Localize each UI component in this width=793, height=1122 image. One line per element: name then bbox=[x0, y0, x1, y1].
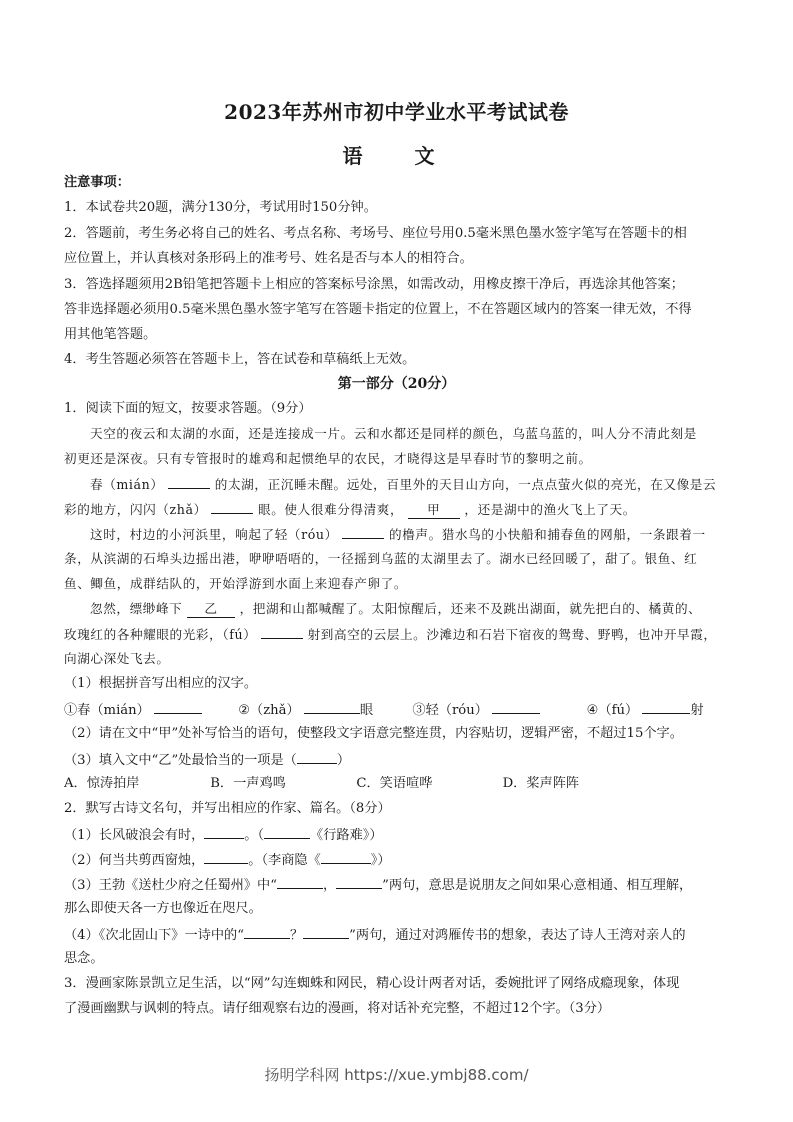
passage-line: 鱼、鲫鱼，成群结队的，开始浮游到水面上来迎春产卵了。 bbox=[64, 576, 734, 592]
question-2-prompt: 2．默写古诗文名句，并写出相应的作家、篇名。（8分） bbox=[64, 801, 734, 817]
recitation-1: （1）长风破浪会有时，。（《行路难》） bbox=[64, 826, 734, 844]
passage-text: 彩的地方，闪闪（zhǎ） bbox=[64, 502, 207, 517]
passage-text: 春（mián） bbox=[90, 477, 164, 492]
blank-jia[interactable]: 甲 bbox=[408, 502, 460, 519]
subquestion-3: （3）填入文中“乙”处最恰当的一项是（） bbox=[64, 751, 734, 769]
question-1-prompt: 1．阅读下面的短文，按要求答题。（9分） bbox=[64, 401, 734, 417]
passage-line: 忽然，缥缈峰下 乙 ，把湖和山都喊醒了。太阳惊醒后，还来不及跳出湖面，就先把白的… bbox=[64, 601, 734, 618]
recitation-3-cont: 那么即使天各一方也像近在咫尺。 bbox=[64, 901, 734, 917]
passage-text: 射到高空的云层上。沙滩边和石岩下宿夜的鸳鸯、野鸭，也冲开早霞， bbox=[308, 627, 717, 642]
answer-blank[interactable] bbox=[642, 701, 690, 714]
passage-line: 彩的地方，闪闪（zhǎ） 眼。使人很难分得清爽， 甲 ，还是湖中的渔火飞上了天。 bbox=[64, 501, 734, 519]
pinyin-item: ①春（mián） bbox=[64, 701, 234, 719]
answer-blank[interactable] bbox=[264, 826, 310, 839]
recitation-4-cont: 思念。 bbox=[64, 951, 734, 967]
option-a[interactable]: A．惊涛拍岸 bbox=[64, 776, 206, 792]
option-b[interactable]: B．一声鸡鸣 bbox=[210, 776, 352, 792]
passage-text: ，还是湖中的渔火飞上了天。 bbox=[464, 502, 636, 517]
passage-line: 玫瑰红的各种耀眼的光彩，（fú） 射到高空的云层上。沙滩边和石岩下宿夜的鸳鸯、野… bbox=[64, 626, 734, 643]
pinyin-items: ①春（mián） ②（zhǎ） 眼 ③轻（róu） ④（fú） 射 bbox=[64, 701, 734, 719]
notice-item: 1．本试卷共20题，满分130分，考试用时150分钟。 bbox=[64, 200, 734, 216]
recitation-3: （3）王勃《送杜少府之任蜀州》中“，”两句，意思是说朋友之间如果心意相通、相互理… bbox=[64, 876, 734, 894]
answer-blank[interactable] bbox=[303, 926, 349, 939]
answer-blank[interactable] bbox=[321, 851, 371, 864]
answer-blank[interactable] bbox=[244, 926, 290, 939]
answer-blank[interactable] bbox=[154, 701, 202, 714]
answer-blank[interactable] bbox=[261, 626, 303, 639]
notice-item: 用其他笔答题。 bbox=[64, 327, 734, 343]
passage-line: 初更还是深夜。只有专管报时的雄鸡和起惯绝早的农民，才晓得这是早春时节的黎明之前。 bbox=[64, 451, 734, 467]
answer-blank[interactable] bbox=[304, 701, 360, 714]
pinyin-item: ④（fú） 射 bbox=[587, 701, 704, 719]
part-heading: 第一部分（20分） bbox=[0, 376, 793, 392]
passage-text: 忽然，缥缈峰下 bbox=[90, 601, 182, 616]
option-c[interactable]: C．笑语喧哗 bbox=[356, 776, 498, 792]
blank-yi[interactable]: 乙 bbox=[187, 601, 235, 618]
notice-item: 2．答题前，考生务必将自己的姓名、考点名称、考场号、座位号用0.5毫米黑色墨水签… bbox=[64, 226, 734, 242]
passage-text: 玫瑰红的各种耀眼的光彩，（fú） bbox=[64, 627, 256, 642]
exam-page: 2023年苏州市初中学业水平考试试卷 语 文 注意事项： 1．本试卷共20题，满… bbox=[0, 0, 793, 1122]
notice-item: 4．考生答题必须答在答题卡上，答在试卷和草稿纸上无效。 bbox=[64, 352, 734, 368]
passage-line: 这时，村边的小河浜里，响起了轻（róu） 的橹声。猎水鸟的小快船和捕春鱼的网船，… bbox=[64, 526, 734, 543]
question-3-line: 3．漫画家陈景凯立足生活，以“网”勾连蜘蛛和网民，精心设计两者对话，委婉批评了网… bbox=[64, 976, 734, 992]
answer-blank[interactable] bbox=[204, 826, 244, 839]
subquestion-2: （2）请在文中“甲”处补写恰当的语句，使整段文字语意完整连贯，内容贴切，逻辑严密… bbox=[64, 726, 734, 742]
question-3-line: 了漫画幽默与讽刺的特点。请仔细观察右边的漫画，将对话补充完整，不超过12个字。（… bbox=[64, 1001, 734, 1017]
answer-blank[interactable] bbox=[204, 851, 248, 864]
answer-blank[interactable] bbox=[336, 876, 382, 889]
notice-heading: 注意事项： bbox=[64, 175, 734, 191]
answer-blank[interactable] bbox=[277, 876, 323, 889]
notice-item: 3．答选择题须用2B铅笔把答题卡上相应的答案标号涂黑，如需改动，用橡皮擦干净后，… bbox=[64, 277, 734, 293]
passage-text: ，把湖和山都喊醒了。太阳惊醒后，还来不及跳出湖面，就先把白的、橘黄的、 bbox=[240, 601, 702, 616]
passage-line: 天空的夜云和太湖的水面，还是连接成一片。云和水都还是同样的颜色，乌蓝乌蓝的，叫人… bbox=[64, 426, 734, 442]
notice-item: 答非选择题必须用0.5毫米黑色墨水签字笔写在答题卡指定的位置上，不在答题区域内的… bbox=[64, 302, 734, 318]
passage-line: 向湖心深处飞去。 bbox=[64, 651, 734, 667]
passage-text: 眼。使人很难分得清爽， bbox=[258, 502, 403, 517]
answer-blank[interactable] bbox=[168, 476, 210, 489]
recitation-2: （2）何当共剪西窗烛，。（李商隐《》） bbox=[64, 851, 734, 869]
option-d[interactable]: D．桨声阵阵 bbox=[503, 776, 580, 792]
answer-blank[interactable] bbox=[342, 526, 384, 539]
exam-subject: 语 文 bbox=[0, 140, 793, 169]
notice-item: 应位置上，并认真核对条形码上的准考号、姓名是否与本人的相符合。 bbox=[64, 251, 734, 267]
passage-text: 的橹声。猎水鸟的小快船和捕春鱼的网船，一条跟着一 bbox=[389, 527, 706, 542]
answer-blank[interactable] bbox=[211, 501, 253, 514]
exam-title: 2023年苏州市初中学业水平考试试卷 bbox=[0, 96, 793, 125]
passage-text: 这时，村边的小河浜里，响起了轻（róu） bbox=[90, 527, 338, 542]
passage-line: 春（mián） 的太湖，正沉睡未醒。远处，百里外的天目山方向，一点点萤火似的亮光… bbox=[64, 476, 734, 493]
pinyin-item: ③轻（róu） bbox=[412, 701, 582, 719]
answer-blank[interactable] bbox=[297, 751, 337, 764]
answer-blank[interactable] bbox=[492, 701, 540, 714]
passage-line: 条，从滨湖的石埠头边摇出港，咿咿唔唔的，一径摇到乌蓝的太湖里去了。湖水已经回暖了… bbox=[64, 551, 734, 567]
pinyin-item: ②（zhǎ） 眼 bbox=[238, 701, 408, 719]
watermark-footer: 扬明学科网 https://xue.ymbj88.com/ bbox=[0, 1064, 793, 1085]
choice-options: A．惊涛拍岸 B．一声鸡鸣 C．笑语喧哗 D．桨声阵阵 bbox=[64, 776, 734, 792]
passage-text: 的太湖，正沉睡未醒。远处，百里外的天目山方向，一点点萤火似的亮光，在又像是云 bbox=[215, 477, 716, 492]
subquestion-1: （1）根据拼音写出相应的汉字。 bbox=[64, 676, 734, 692]
recitation-4: （4）《次北固山下》一诗中的“？”两句，通过对鸿雁传书的想象，表达了诗人王湾对亲… bbox=[64, 926, 734, 944]
